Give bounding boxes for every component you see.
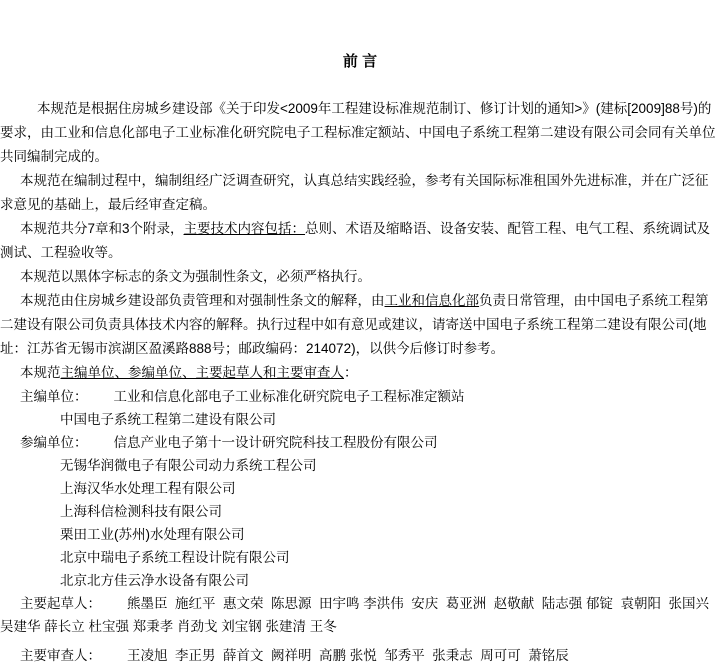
paragraph-administration: 本规范由住房城乡建设部负责管理和对强制性条文的解释，由工业和信息化部负责日常管理… <box>0 289 720 361</box>
text-run: 本规范由住房城乡建设部负责管理和对强制性条文的解释，由 <box>20 293 385 308</box>
underlined-link-text[interactable]: 工业和信息化部 <box>385 293 480 308</box>
paragraph-credits-intro: 本规范主编单位、参编单位、主要起草人和主要审查人： <box>0 361 720 385</box>
text-run: 本规范共分7章和3个附录， <box>20 221 184 236</box>
participant-org: 上海科信检测科技有限公司 <box>0 500 720 523</box>
reviewers-label: 主要审查人： <box>20 648 101 663</box>
paragraph-basis: 本规范是根据住房城乡建设部《关于印发<2009年工程建设标准规范制订、修订计划的… <box>0 97 720 169</box>
page-title: 前 言 <box>0 50 720 71</box>
chief-editor-org: 中国电子系统工程第二建设有限公司 <box>0 408 720 431</box>
paragraph-contents: 本规范共分7章和3个附录，主要技术内容包括：总则、术语及缩略语、设备安装、配管工… <box>0 217 720 265</box>
participant-org: 上海汉华水处理工程有限公司 <box>0 477 720 500</box>
underlined-link-text[interactable]: 主要技术内容包括： <box>184 221 306 236</box>
participant-line: 参编单位：信息产业电子第十一设计研究院科技工程股份有限公司 <box>0 431 720 454</box>
participant-org: 信息产业电子第十一设计研究院科技工程股份有限公司 <box>114 435 438 450</box>
text-run: 本规范以黑体字标志的条文为强制性条文，必须严格执行。 <box>20 269 371 284</box>
participant-org: 北京北方佳云净水设备有限公司 <box>0 569 720 592</box>
document-page: 前 言 本规范是根据住房城乡建设部《关于印发<2009年工程建设标准规范制订、修… <box>0 0 720 669</box>
chief-editor-label: 主编单位： <box>20 389 88 404</box>
paragraph-drafting-process: 本规范在编制过程中，编制组经广泛调查研究，认真总结实践经验，参考有关国际标准租国… <box>0 169 720 217</box>
reviewers-line: 主要审查人：王凌旭 李正男 薛首文 阙祥明 高鹏 张悦 邹秀平 张秉志 周可可 … <box>0 644 720 667</box>
participant-org: 栗田工业(苏州)水处理有限公司 <box>0 523 720 546</box>
text-run: 本规范在编制过程中，编制组经广泛调查研究，认真总结实践经验，参考有关国际标准租国… <box>0 173 709 212</box>
text-run: 本规范 <box>20 365 61 380</box>
paragraph-mandatory-clauses: 本规范以黑体字标志的条文为强制性条文，必须严格执行。 <box>0 265 720 289</box>
text-run: 本规范是根据住房城乡建设部《关于印发<2009年工程建设标准规范制订、修订计划的… <box>0 101 716 164</box>
drafters-line: 主要起草人：熊墨臣 施红平 惠文荣 陈思源 田宇鸣 李洪伟 安庆 葛亚洲 赵敬献… <box>0 592 720 638</box>
participant-org: 北京中瑞电子系统工程设计院有限公司 <box>0 546 720 569</box>
chief-editor-line: 主编单位：工业和信息化部电子工业标准化研究院电子工程标准定额站 <box>0 385 720 408</box>
participant-label: 参编单位： <box>20 435 88 450</box>
underlined-link-text[interactable]: 主编单位、参编单位、主要起草人和主要审查人 <box>61 365 345 380</box>
drafters-label: 主要起草人： <box>20 596 101 611</box>
reviewers-names: 王凌旭 李正男 薛首文 阙祥明 高鹏 张悦 邹秀平 张秉志 周可可 萧铭辰 <box>127 648 569 663</box>
participant-org: 无锡华润微电子有限公司动力系统工程公司 <box>0 454 720 477</box>
text-run: ： <box>344 365 358 380</box>
drafters-names: 熊墨臣 施红平 惠文荣 陈思源 田宇鸣 李洪伟 安庆 葛亚洲 赵敬献 陆志强 郁… <box>0 596 713 634</box>
chief-editor-org: 工业和信息化部电子工业标准化研究院电子工程标准定额站 <box>114 389 465 404</box>
